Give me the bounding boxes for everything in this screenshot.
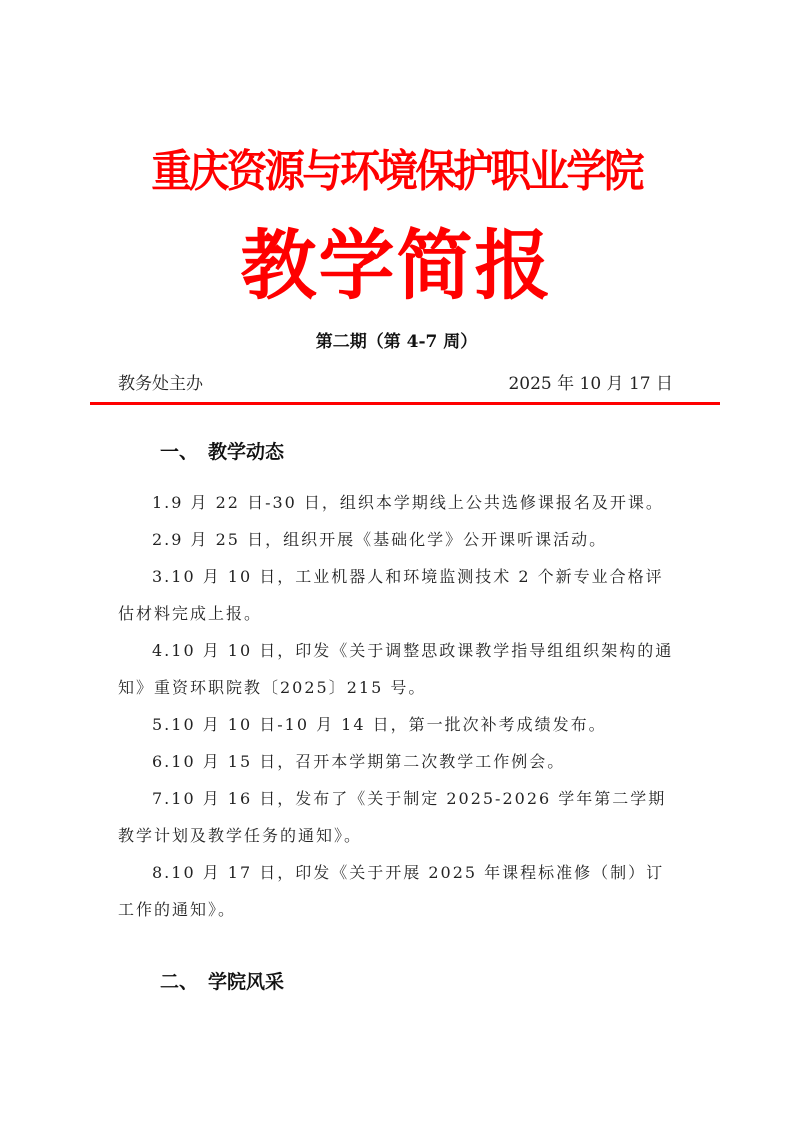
red-divider [90,402,720,405]
list-item: 4.10 月 10 日，印发《关于调整思政课教学指导组组织架构的通知》重资环职院… [118,632,678,706]
section-heading-teaching-news: 一、 教学动态 [160,438,284,466]
organizer: 教务处主办 [118,372,203,396]
section-number: 一、 [160,438,198,466]
list-item: 7.10 月 16 日，发布了《关于制定 2025-2026 学年第二学期教学计… [118,780,678,854]
meta-row: 教务处主办 2025 年 10 月 17 日 [118,372,673,396]
list-item: 6.10 月 15 日，召开本学期第二次教学工作例会。 [118,743,678,780]
list-item: 5.10 月 10 日-10 月 14 日，第一批次补考成绩发布。 [118,706,678,743]
brief-title: 教学简报 [0,216,793,316]
list-item: 1.9 月 22 日-30 日，组织本学期线上公共选修课报名及开课。 [118,484,678,521]
section-title: 学院风采 [208,968,284,996]
section-heading-college-style: 二、 学院风采 [160,968,284,996]
section-title: 教学动态 [208,438,284,466]
teaching-news-list: 1.9 月 22 日-30 日，组织本学期线上公共选修课报名及开课。 2.9 月… [118,484,678,928]
list-item: 3.10 月 10 日，工业机器人和环境监测技术 2 个新专业合格评估材料完成上… [118,558,678,632]
document-page: 重庆资源与环境保护职业学院 教学简报 第二期（第 4-7 周） 教务处主办 20… [0,0,793,1122]
issue-date: 2025 年 10 月 17 日 [508,372,673,396]
college-name: 重庆资源与环境保护职业学院 [32,142,762,202]
section-number: 二、 [160,968,198,996]
issue-number: 第二期（第 4-7 周） [0,330,793,354]
list-item: 2.9 月 25 日，组织开展《基础化学》公开课听课活动。 [118,521,678,558]
list-item: 8.10 月 17 日，印发《关于开展 2025 年课程标准修（制）订工作的通知… [118,854,678,928]
